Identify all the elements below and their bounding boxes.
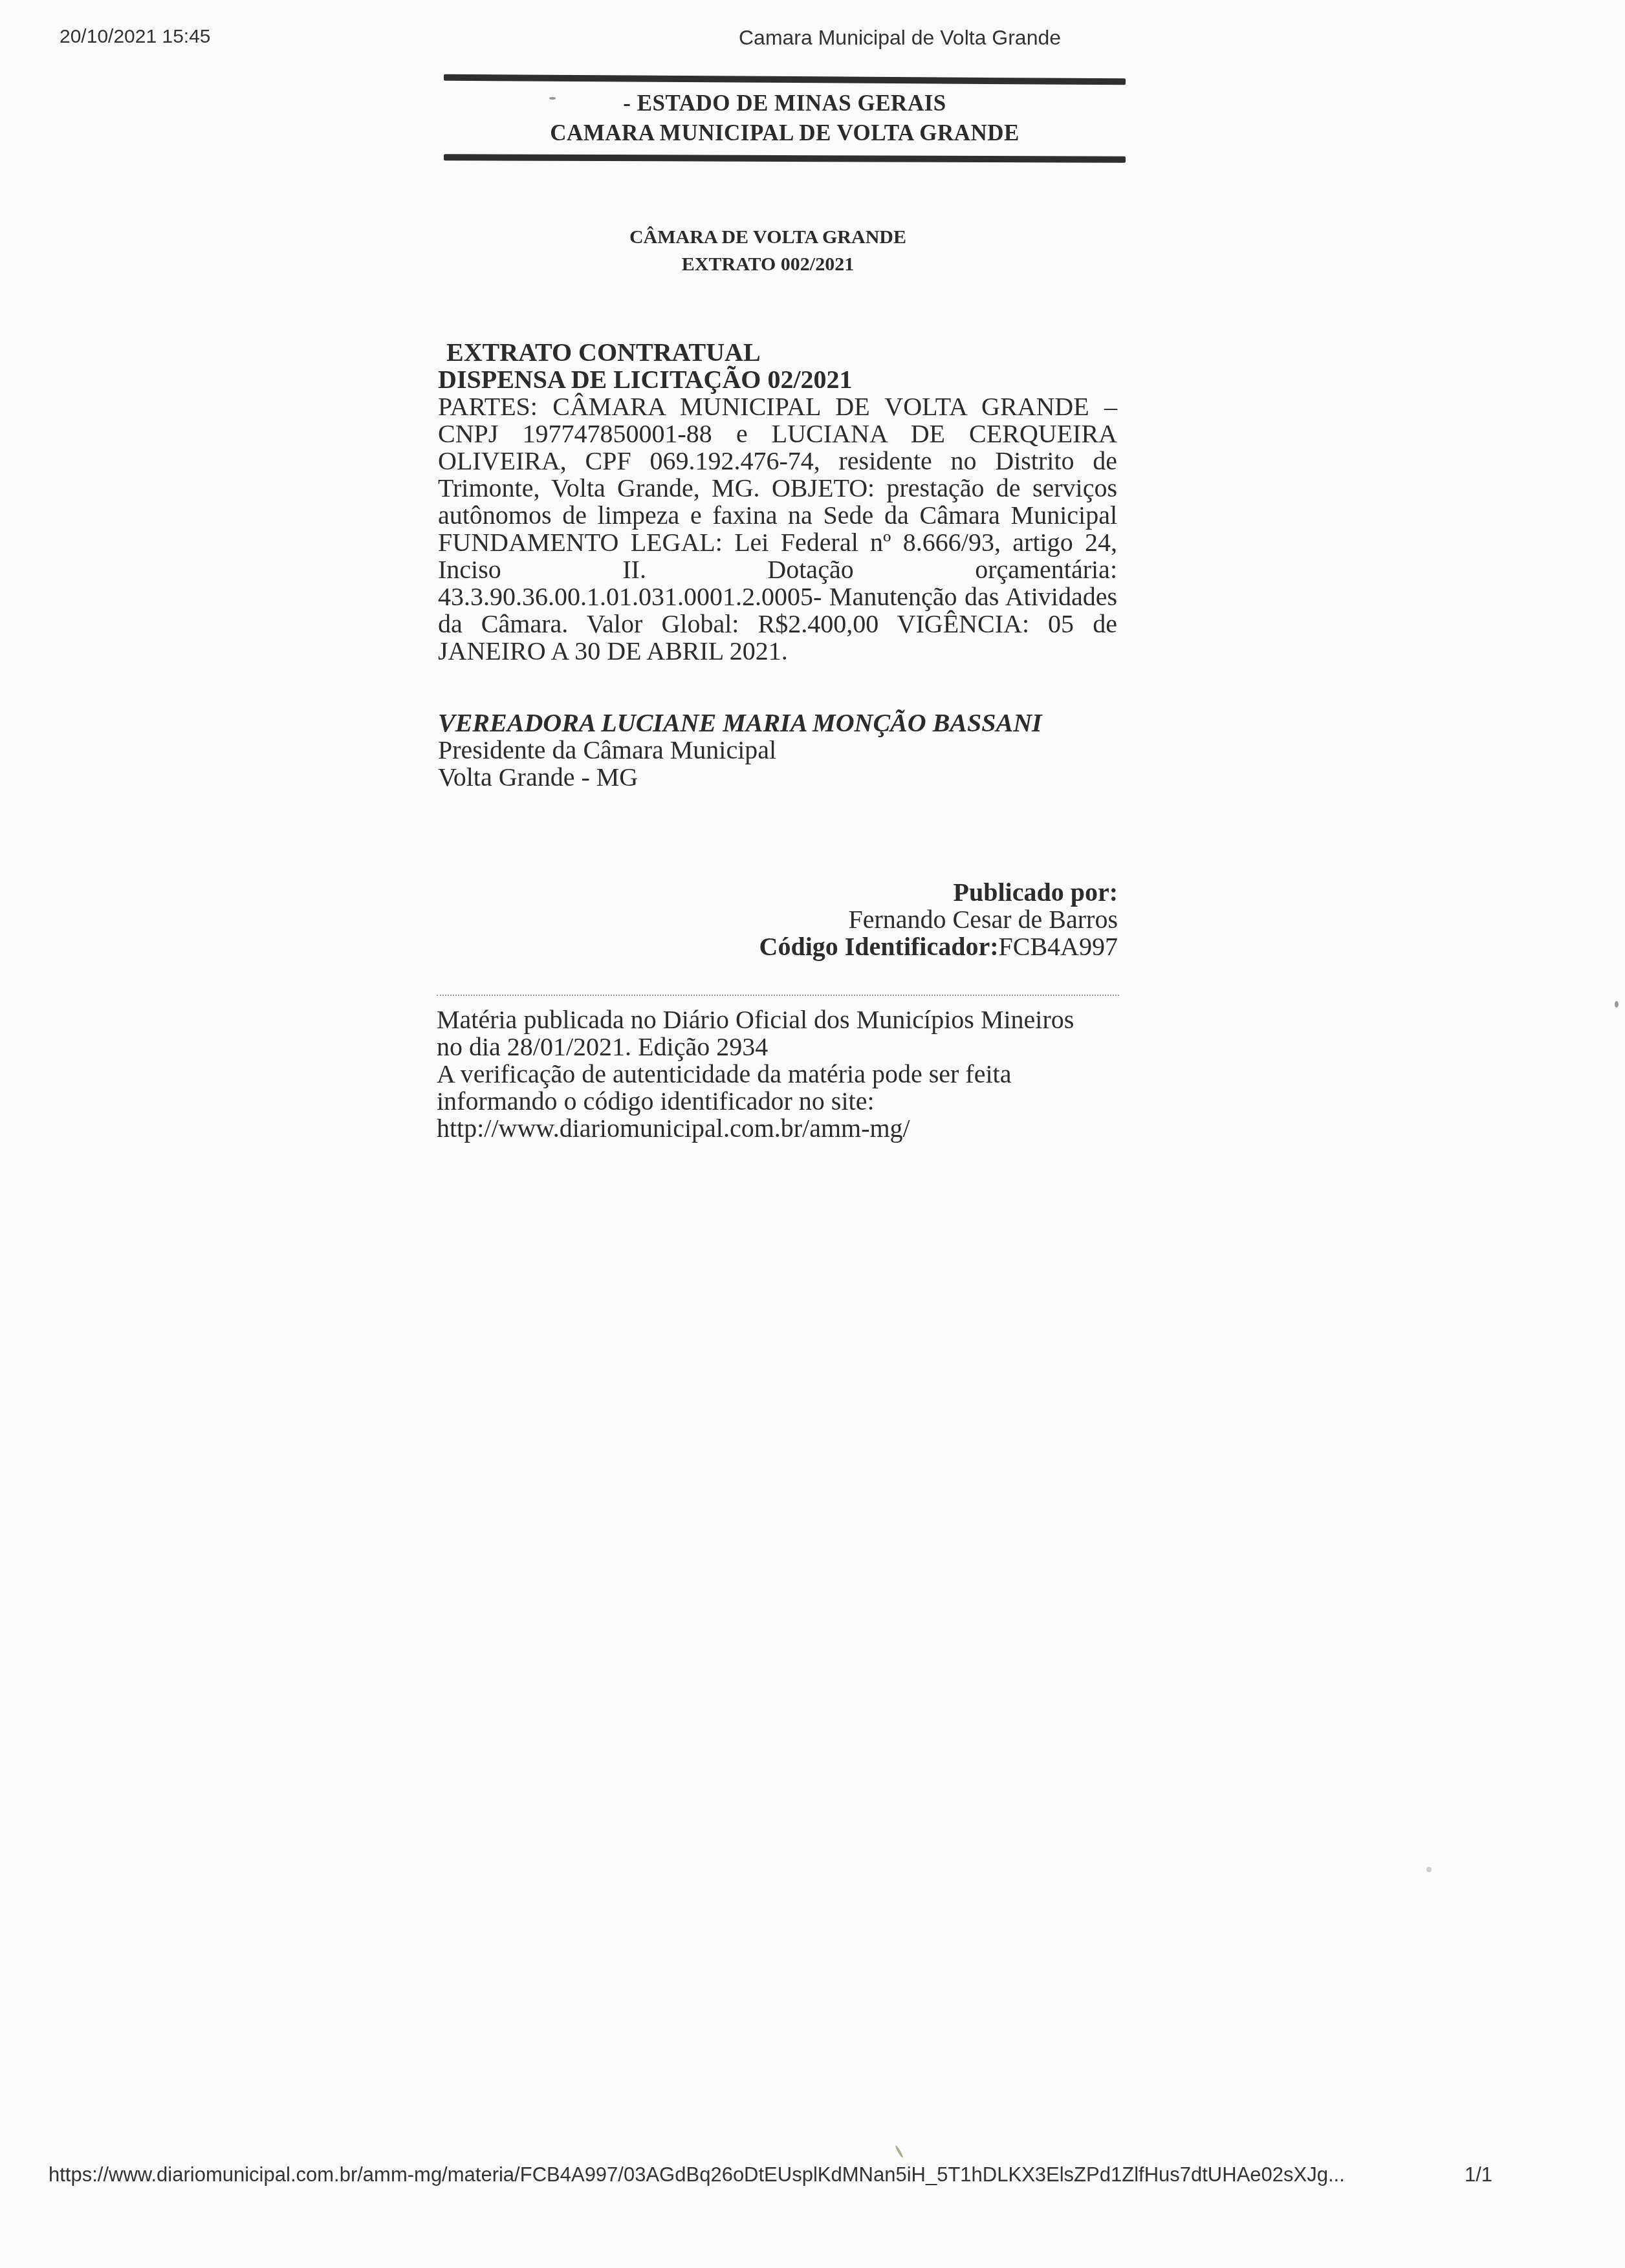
- scan-speck: [895, 2144, 904, 2158]
- print-datetime: 20/10/2021 15:45: [60, 26, 211, 48]
- scan-speck: [549, 97, 556, 100]
- signatory-city: Volta Grande - MG: [438, 762, 638, 792]
- letterhead-state: - ESTADO DE MINAS GERAIS: [444, 91, 1126, 116]
- published-by-label: Publicado por:: [954, 877, 1118, 907]
- signatory-role: Presidente da Câmara Municipal: [438, 735, 776, 765]
- notice-line: Matéria publicada no Diário Oficial dos …: [437, 1006, 1148, 1033]
- contract-title: EXTRATO CONTRATUAL: [446, 339, 1126, 366]
- publication-notice: Matéria publicada no Diário Oficial dos …: [437, 1006, 1148, 1142]
- identifier-code-label: Código Identificador:: [759, 932, 999, 961]
- notice-line: informando o código identificador no sit…: [437, 1088, 1148, 1115]
- letterhead-bottom-rule: [444, 154, 1126, 163]
- identifier-code-line: Código Identificador:FCB4A997: [759, 931, 1118, 962]
- extract-number: EXTRATO 002/2021: [427, 254, 1109, 275]
- letterhead-top-rule: [444, 74, 1126, 85]
- notice-url-link[interactable]: http://www.diariomunicipal.com.br/amm-mg…: [437, 1115, 1148, 1142]
- extract-chamber-title: CÂMARA DE VOLTA GRANDE: [427, 226, 1109, 248]
- print-footer-url: https://www.diariomunicipal.com.br/amm-m…: [49, 2163, 1345, 2187]
- publisher-name: Fernando Cesar de Barros: [848, 904, 1118, 934]
- notice-separator: [437, 995, 1119, 996]
- notice-line: no dia 28/01/2021. Edição 2934: [437, 1033, 1148, 1061]
- print-page-title: Camara Municipal de Volta Grande: [739, 26, 1061, 50]
- scan-speck: [1426, 1867, 1432, 1872]
- scan-speck: [1615, 1001, 1619, 1008]
- letterhead-chamber: CAMARA MUNICIPAL DE VOLTA GRANDE: [444, 120, 1126, 146]
- signatory-name: VEREADORA LUCIANE MARIA MONÇÃO BASSANI: [438, 707, 1042, 738]
- page-number: 1/1: [1465, 2163, 1492, 2187]
- contract-body: PARTES: CÂMARA MUNICIPAL DE VOLTA GRANDE…: [438, 393, 1117, 665]
- contract-subtitle: DISPENSA DE LICITAÇÃO 02/2021: [438, 366, 1117, 393]
- identifier-code-value: FCB4A997: [999, 932, 1118, 961]
- notice-line: A verificação de autenticidade da matéri…: [437, 1061, 1148, 1088]
